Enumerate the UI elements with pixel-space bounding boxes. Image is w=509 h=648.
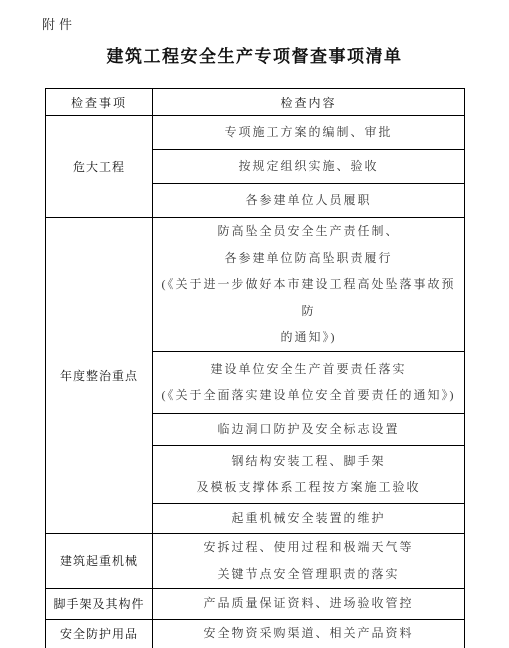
content-line: 钢结构安装工程、脚手架	[155, 448, 462, 475]
table-row: 安全防护用品 安全物资采购渠道、相关产品资料	[46, 619, 465, 648]
page-title: 建筑工程安全生产专项督查事项清单	[0, 42, 509, 67]
col-header-item: 检查事项	[46, 89, 153, 116]
content-line: 各参建单位防高坠职责履行	[155, 245, 462, 272]
content-line: (《关于全面落实建设单位安全首要责任的通知》)	[155, 382, 462, 409]
content-cell: 安全物资采购渠道、相关产品资料	[153, 619, 465, 648]
content-cell: 防高坠全员安全生产责任制、 各参建单位防高坠职责履行 (《关于进一步做好本市建设…	[153, 218, 465, 352]
table-row: 危大工程 专项施工方案的编制、审批	[46, 116, 465, 150]
content-cell: 钢结构安装工程、脚手架 及模板支撑体系工程按方案施工验收	[153, 445, 465, 503]
content-line: 及模板支撑体系工程按方案施工验收	[155, 474, 462, 501]
content-cell: 临边洞口防护及安全标志设置	[153, 413, 465, 445]
content-line: 产品质量保证资料、进场验收管控	[155, 590, 462, 617]
content-cell: 建设单位安全生产首要责任落实 (《关于全面落实建设单位安全首要责任的通知》)	[153, 351, 465, 413]
table-row: 脚手架及其构件 产品质量保证资料、进场验收管控	[46, 588, 465, 619]
content-cell: 专项施工方案的编制、审批	[153, 116, 465, 150]
content-cell: 安拆过程、使用过程和极端天气等 关键节点安全管理职责的落实	[153, 533, 465, 588]
content-line: 各参建单位人员履职	[155, 187, 462, 214]
section-label-fanghu: 安全防护用品	[46, 619, 153, 648]
content-cell: 各参建单位人员履职	[153, 184, 465, 218]
content-line: 安拆过程、使用过程和极端天气等	[155, 534, 462, 561]
table-row: 年度整治重点 防高坠全员安全生产责任制、 各参建单位防高坠职责履行 (《关于进一…	[46, 218, 465, 352]
content-line: 临边洞口防护及安全标志设置	[155, 416, 462, 443]
content-cell: 按规定组织实施、验收	[153, 150, 465, 184]
inspection-table: 检查事项 检查内容 危大工程 专项施工方案的编制、审批 按规定组织实施、验收 各…	[45, 88, 465, 648]
content-line: 起重机械安全装置的维护	[155, 505, 462, 532]
attachment-label: 附件	[42, 14, 76, 33]
content-line: (《关于进一步做好本市建设工程高处坠落事故预防	[155, 271, 462, 324]
col-header-content: 检查内容	[153, 89, 465, 116]
content-line: 关键节点安全管理职责的落实	[155, 561, 462, 588]
content-line: 安全物资采购渠道、相关产品资料	[155, 620, 462, 647]
content-line: 按规定组织实施、验收	[155, 153, 462, 180]
content-line: 建设单位安全生产首要责任落实	[155, 356, 462, 383]
section-label-qizhong: 建筑起重机械	[46, 533, 153, 588]
section-label-niandu: 年度整治重点	[46, 218, 153, 534]
header-row: 检查事项 检查内容	[46, 89, 465, 116]
content-line: 防高坠全员安全生产责任制、	[155, 218, 462, 245]
content-line: 的通知》)	[155, 324, 462, 351]
section-label-weida: 危大工程	[46, 116, 153, 218]
section-label-jiaoshoujia: 脚手架及其构件	[46, 588, 153, 619]
content-cell: 起重机械安全装置的维护	[153, 503, 465, 533]
table-row: 建筑起重机械 安拆过程、使用过程和极端天气等 关键节点安全管理职责的落实	[46, 533, 465, 588]
content-cell: 产品质量保证资料、进场验收管控	[153, 588, 465, 619]
content-line: 专项施工方案的编制、审批	[155, 119, 462, 146]
